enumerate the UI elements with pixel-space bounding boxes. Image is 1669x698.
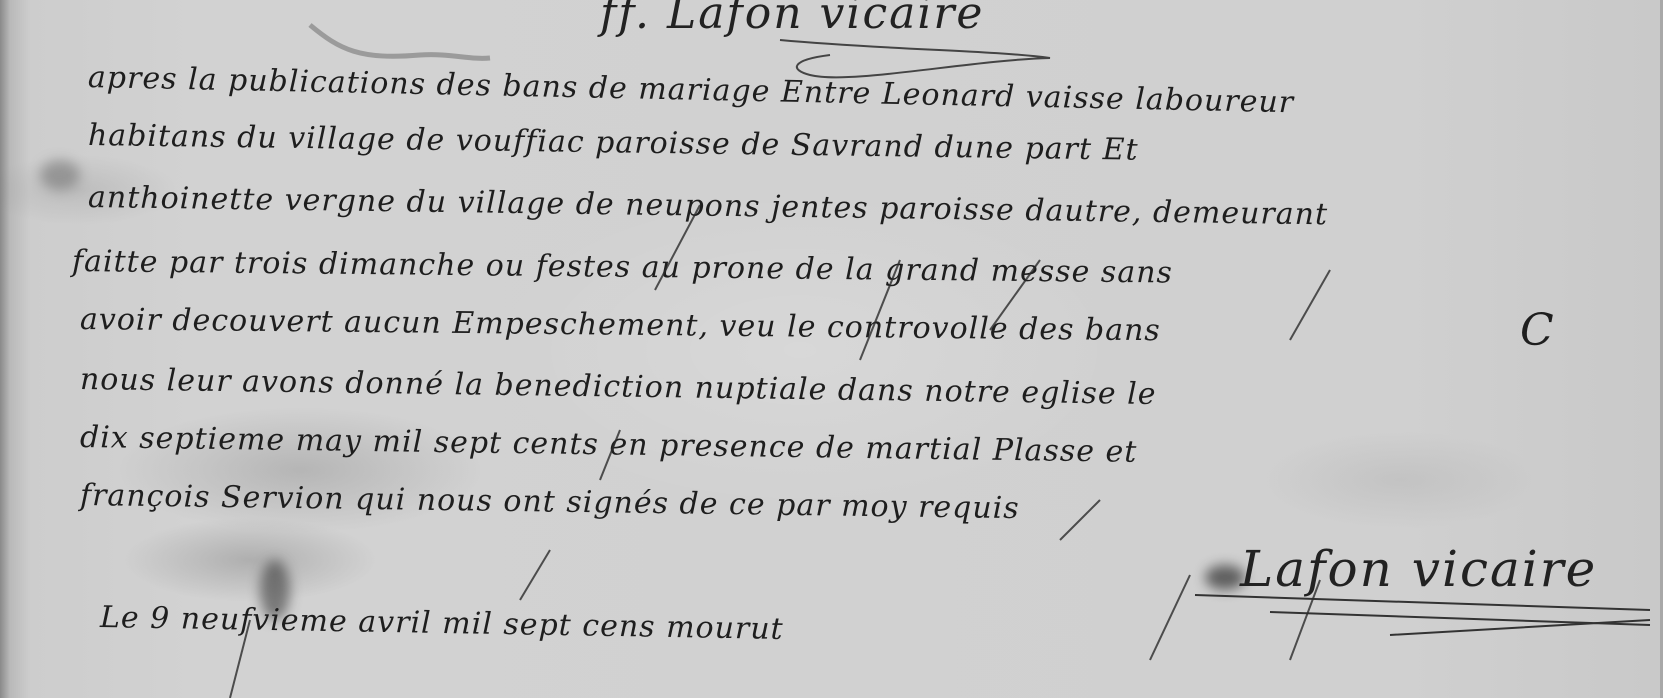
text-line-2: habitans du village de vouffiac paroisse… — [88, 118, 1139, 168]
margin-mark: C — [1520, 305, 1555, 356]
text-line-7: dix septieme may mil sept cents en prese… — [80, 420, 1138, 470]
faded-flourish-icon — [300, 20, 500, 70]
text-line-8: françois Servion qui nous ont signés de … — [80, 478, 1020, 526]
next-entry-line: Le 9 neufvieme avril mil sept cens mouru… — [100, 600, 784, 647]
manuscript-scan: ff. Lafon vicaire apres la publications … — [0, 0, 1660, 698]
text-line-5: avoir decouvert aucun Empeschement, veu … — [80, 302, 1161, 348]
closing-signature: Lafon vicaire — [1240, 540, 1597, 598]
text-line-6: nous leur avons donné la benediction nup… — [80, 362, 1157, 412]
ink-smudge — [40, 160, 80, 190]
scan-border — [1660, 0, 1669, 698]
text-line-1: apres la publications des bans de mariag… — [88, 60, 1295, 120]
text-line-4: faitte par trois dimanche ou festes au p… — [72, 244, 1173, 291]
signature-underline-icon — [1190, 590, 1660, 650]
ink-blot — [1205, 565, 1245, 590]
text-line-3: anthoinette vergne du village de neupons… — [88, 180, 1329, 232]
header-signature: ff. Lafon vicaire — [600, 0, 984, 39]
